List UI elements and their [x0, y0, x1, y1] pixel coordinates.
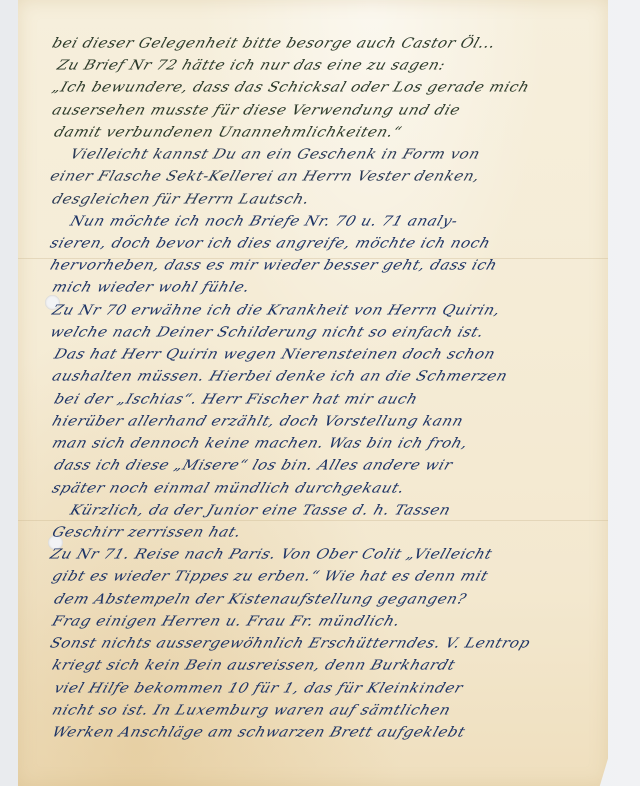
text-line: kriegt sich kein Bein ausreissen, denn B…	[50, 657, 458, 674]
text-line: desgleichen für Herrn Lautsch.	[50, 190, 312, 207]
text-line: damit verbundenen Unannehmlichkeiten.“	[52, 123, 404, 140]
text-line: Vielleicht kannst Du an ein Geschenk in …	[68, 146, 483, 163]
text-line: sieren, doch bevor ich dies angreife, mö…	[48, 234, 493, 251]
text-line: welche nach Deiner Schilderung nicht so …	[48, 323, 486, 340]
text-line: Zu Nr 70 erwähne ich die Krankheit von H…	[50, 301, 503, 318]
text-line: gibt es wieder Tippes zu erben.“ Wie hat…	[50, 568, 491, 585]
text-line: mich wieder wohl fühle.	[50, 279, 252, 296]
text-line: Geschirr zerrissen hat.	[50, 523, 244, 540]
text-line: Nun möchte ich noch Briefe Nr. 70 u. 71 …	[68, 212, 460, 229]
text-line: Zu Nr 71. Reise nach Paris. Von Ober Col…	[48, 546, 495, 563]
scanned-page: bei dieser Gelegenheit bitte besorge auc…	[0, 0, 640, 786]
text-line: nicht so ist. In Luxemburg waren auf säm…	[50, 701, 453, 718]
paper-crease	[18, 520, 608, 521]
text-line: bei der „Ischias“. Herr Fischer hat mir …	[52, 390, 420, 407]
text-line: man sich dennoch keine machen. Was bin i…	[50, 435, 470, 452]
text-line: viel Hilfe bekommen 10 für 1, das für Kl…	[52, 679, 466, 696]
text-line: hervorheben, dass es mir wieder besser g…	[48, 257, 500, 274]
text-line: dem Abstempeln der Kistenaufstellung geg…	[52, 590, 469, 607]
text-line: Das hat Herr Quirin wegen Nierensteinen …	[52, 346, 498, 363]
text-line: bei dieser Gelegenheit bitte besorge auc…	[50, 34, 498, 51]
text-line: Sonst nichts aussergewöhnlich Erschütter…	[48, 635, 533, 652]
text-line: Frag einigen Herren u. Frau Fr. mündlich…	[50, 612, 403, 629]
text-line: Kürzlich, da der Junior eine Tasse d. h.…	[68, 501, 453, 518]
text-line: dass ich diese „Misere“ los bin. Alles a…	[52, 457, 455, 474]
text-line: Zu Brief Nr 72 hätte ich nur das eine zu…	[55, 57, 448, 74]
text-line: später noch einmal mündlich durchgekaut.	[50, 479, 407, 496]
text-line: Werken Anschläge am schwarzen Brett aufg…	[50, 723, 468, 740]
text-line: „Ich bewundere, dass das Schicksal oder …	[50, 79, 532, 96]
text-line: einer Flasche Sekt-Kellerei an Herrn Ves…	[48, 168, 482, 185]
text-line: hierüber allerhand erzählt, doch Vorstel…	[50, 412, 466, 429]
text-line: ausersehen musste für diese Verwendung u…	[50, 101, 463, 118]
text-line: aushalten müssen. Hierbei denke ich an d…	[50, 368, 510, 385]
